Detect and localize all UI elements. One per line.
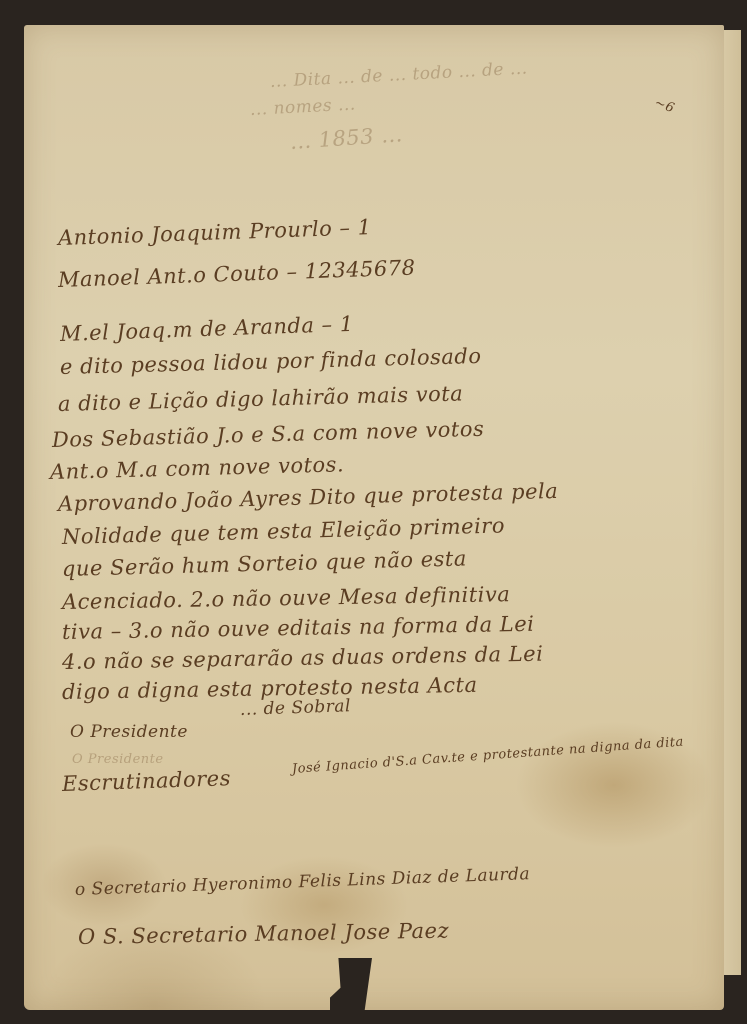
presidente-label: O Presidente: [70, 722, 188, 742]
presidente-faded: O Presidente: [72, 752, 164, 767]
manuscript-scan: ... Dita ... de ... todo ... de ... ... …: [0, 0, 747, 1024]
signature-sobral: ... de Sobral: [240, 696, 352, 720]
